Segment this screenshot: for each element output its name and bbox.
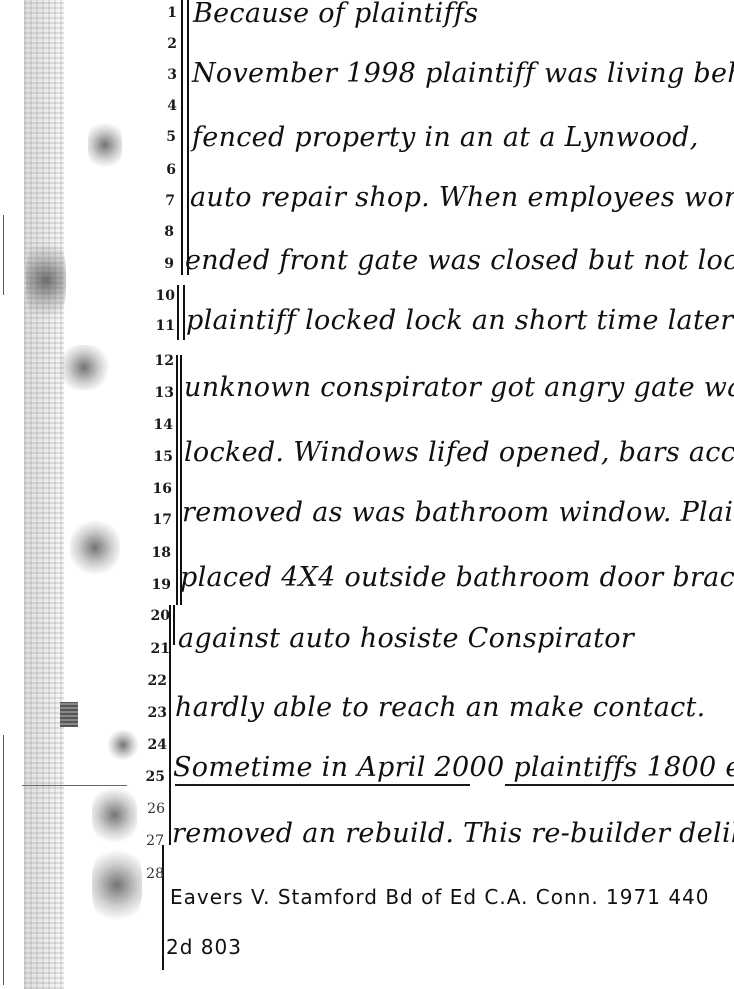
line-number: 20 xyxy=(136,608,170,624)
handwritten-citation: Eavers V. Stamford Bd of Ed C.A. Conn. 1… xyxy=(170,885,710,909)
handwritten-line: removed as was bathroom window. Plai xyxy=(182,497,733,528)
scan-blot xyxy=(88,120,122,170)
scan-blot xyxy=(58,345,110,390)
line-number: 27 xyxy=(130,833,164,849)
margin-rule xyxy=(183,285,185,340)
scan-noise-strip xyxy=(24,0,64,989)
handwritten-line: unknown conspirator got angry gate was xyxy=(184,372,734,403)
margin-rule xyxy=(176,355,178,605)
handwritten-line: ended front gate was closed but not lock xyxy=(185,245,734,276)
line-number: 7 xyxy=(141,193,175,209)
handwritten-line: Sometime in April 2000 plaintiffs 1800 e… xyxy=(173,752,734,783)
scan-fold-line xyxy=(22,785,127,786)
handwritten-citation: 2d 803 xyxy=(166,935,242,959)
line-number: 11 xyxy=(141,318,175,334)
handwritten-line: locked. Windows lifed opened, bars accro… xyxy=(184,437,734,468)
line-number: 21 xyxy=(136,641,170,657)
line-number: 24 xyxy=(133,737,167,753)
scan-dark-patch xyxy=(60,702,78,727)
scan-blot xyxy=(70,520,120,575)
scan-blot xyxy=(92,845,142,925)
line-number: 15 xyxy=(139,449,173,465)
line-number: 16 xyxy=(138,481,172,497)
line-number: 26 xyxy=(131,801,165,817)
line-number: 28 xyxy=(130,866,164,882)
line-number: 14 xyxy=(139,417,173,433)
line-number: 17 xyxy=(138,512,172,528)
line-number: 10 xyxy=(141,288,175,304)
handwritten-line: placed 4X4 outside bathroom door brac xyxy=(180,562,734,593)
handwritten-line: fenced property in an at a Lynwood, xyxy=(192,122,699,153)
margin-rule xyxy=(177,285,179,340)
line-number: 3 xyxy=(143,67,177,83)
handwritten-line: removed an rebuild. This re-builder deli… xyxy=(172,818,734,849)
line-number: 2 xyxy=(143,36,177,52)
scanned-page: 1 2 3 4 5 6 7 8 9 10 11 12 13 14 15 16 1… xyxy=(0,0,734,989)
line-number: 12 xyxy=(140,353,174,369)
line-number: 25 xyxy=(131,769,165,785)
margin-rule xyxy=(181,0,183,275)
margin-rule xyxy=(187,0,189,275)
line-number: 4 xyxy=(143,98,177,114)
line-number: 5 xyxy=(142,129,176,145)
handwritten-line: hardly able to reach an make contact. xyxy=(175,692,706,723)
line-number: 22 xyxy=(133,673,167,689)
line-number: 23 xyxy=(133,705,167,721)
handwritten-line: November 1998 plaintiff was living behin xyxy=(192,58,734,89)
scan-edge-mark xyxy=(3,735,4,985)
line-number: 6 xyxy=(142,162,176,178)
margin-rule xyxy=(173,605,175,645)
underline-mark xyxy=(505,784,734,786)
line-number: 8 xyxy=(140,224,174,240)
line-number: 1 xyxy=(143,5,177,21)
margin-rule xyxy=(162,845,164,970)
scan-edge-mark xyxy=(3,215,4,295)
line-number: 13 xyxy=(140,385,174,401)
handwritten-line: auto repair shop. When employees work xyxy=(190,182,734,213)
handwritten-line: plaintiff locked lock an short time late… xyxy=(186,305,734,336)
scan-blot xyxy=(26,235,66,325)
handwritten-line: Because of plaintiffs xyxy=(193,0,478,29)
handwritten-line: against auto hosiste Conspirator xyxy=(178,623,634,654)
underline-mark xyxy=(175,784,470,786)
line-number: 18 xyxy=(137,545,171,561)
line-number: 9 xyxy=(140,256,174,272)
line-number: 19 xyxy=(137,577,171,593)
